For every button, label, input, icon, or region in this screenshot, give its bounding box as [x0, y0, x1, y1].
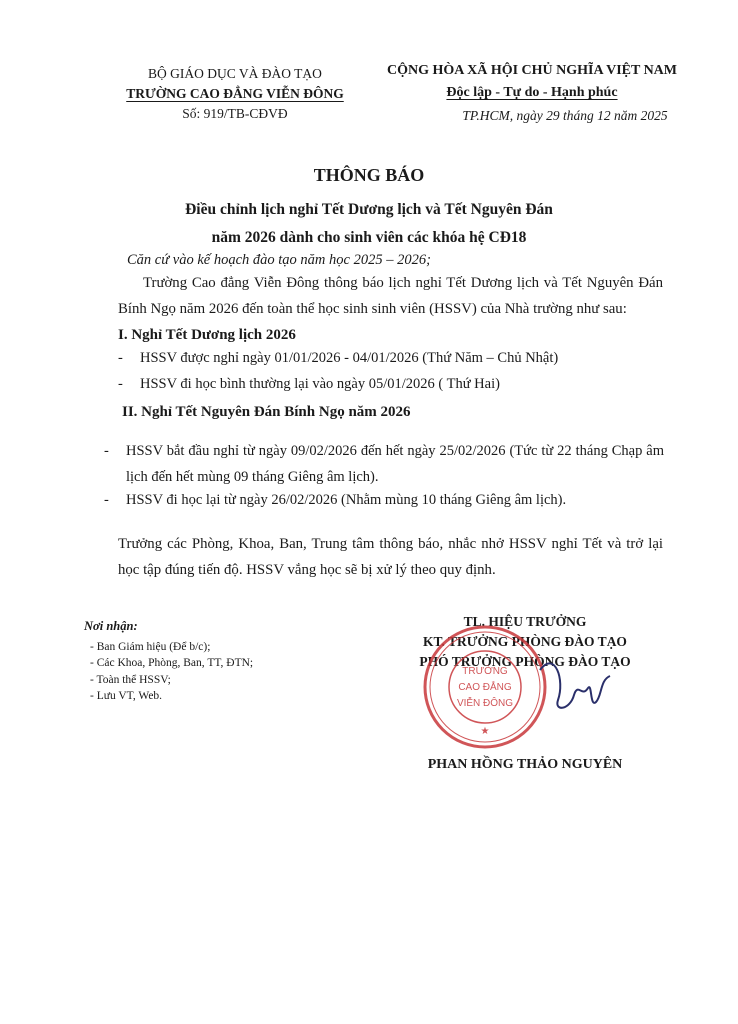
document-title: THÔNG BÁO [0, 165, 738, 186]
section-2-item-1: -HSSV bắt đầu nghỉ từ ngày 09/02/2026 đế… [104, 438, 664, 490]
section-1-item-2: -HSSV đi học bình thường lại vào ngày 05… [118, 376, 500, 393]
signer-name: PHAN HỒNG THẢO NGUYÊN [390, 757, 660, 773]
document-subtitle: Điều chỉnh lịch nghỉ Tết Dương lịch và T… [0, 196, 738, 252]
recipient-item: - Các Khoa, Phòng, Ban, TT, ĐTN; [84, 655, 253, 672]
legal-basis: Căn cứ vào kế hoạch đào tạo năm học 2025… [127, 252, 431, 269]
section-1-item-1: -HSSV được nghỉ ngày 01/01/2026 - 04/01/… [118, 350, 558, 367]
school-name: TRƯỜNG CAO ĐẲNG VIỄN ĐÔNG [100, 84, 370, 104]
recipients-block: Nơi nhận: - Ban Giám hiệu (Để b/c); - Cá… [84, 618, 253, 705]
section-2-item-2: -HSSV đi học lại từ ngày 26/02/2026 (Nhằ… [104, 492, 566, 509]
issue-date: TP.HCM, ngày 29 tháng 12 năm 2025 [440, 108, 690, 124]
intro-paragraph: Trường Cao đẳng Viễn Đông thông báo lịch… [118, 270, 663, 322]
recipient-item: - Ban Giám hiệu (Để b/c); [84, 639, 253, 656]
ministry-name: BỘ GIÁO DỤC VÀ ĐÀO TẠO [100, 64, 370, 84]
section-heading-2: II. Nghỉ Tết Nguyên Đán Bính Ngọ năm 202… [122, 404, 411, 421]
recipient-item: - Toàn thể HSSV; [84, 672, 253, 689]
subtitle-line-2: năm 2026 dành cho sinh viên các khóa hệ … [0, 224, 738, 252]
subtitle-line-1: Điều chỉnh lịch nghỉ Tết Dương lịch và T… [0, 196, 738, 224]
national-motto: Độc lập - Tự do - Hạnh phúc [372, 82, 692, 104]
republic-name: CỘNG HÒA XÃ HỘI CHỦ NGHĨA VIỆT NAM [372, 60, 692, 82]
document-number: Số: 919/TB-CĐVĐ [100, 104, 370, 124]
svg-text:★: ★ [481, 726, 490, 737]
svg-text:CAO ĐẲNG: CAO ĐẲNG [458, 680, 512, 693]
handwritten-signature-icon [530, 640, 620, 730]
national-header: CỘNG HÒA XÃ HỘI CHỦ NGHĨA VIỆT NAM Độc l… [372, 60, 692, 104]
issuer-block: BỘ GIÁO DỤC VÀ ĐÀO TẠO TRƯỜNG CAO ĐẲNG V… [100, 64, 370, 124]
svg-text:TRƯỜNG: TRƯỜNG [462, 664, 508, 677]
recipient-item: - Lưu VT, Web. [84, 688, 253, 705]
section-heading-1: I. Nghỉ Tết Dương lịch 2026 [118, 327, 296, 344]
recipients-label: Nơi nhận: [84, 618, 253, 635]
closing-paragraph: Trưởng các Phòng, Khoa, Ban, Trung tâm t… [118, 531, 663, 583]
svg-text:VIỄN ĐÔNG: VIỄN ĐÔNG [457, 696, 513, 709]
